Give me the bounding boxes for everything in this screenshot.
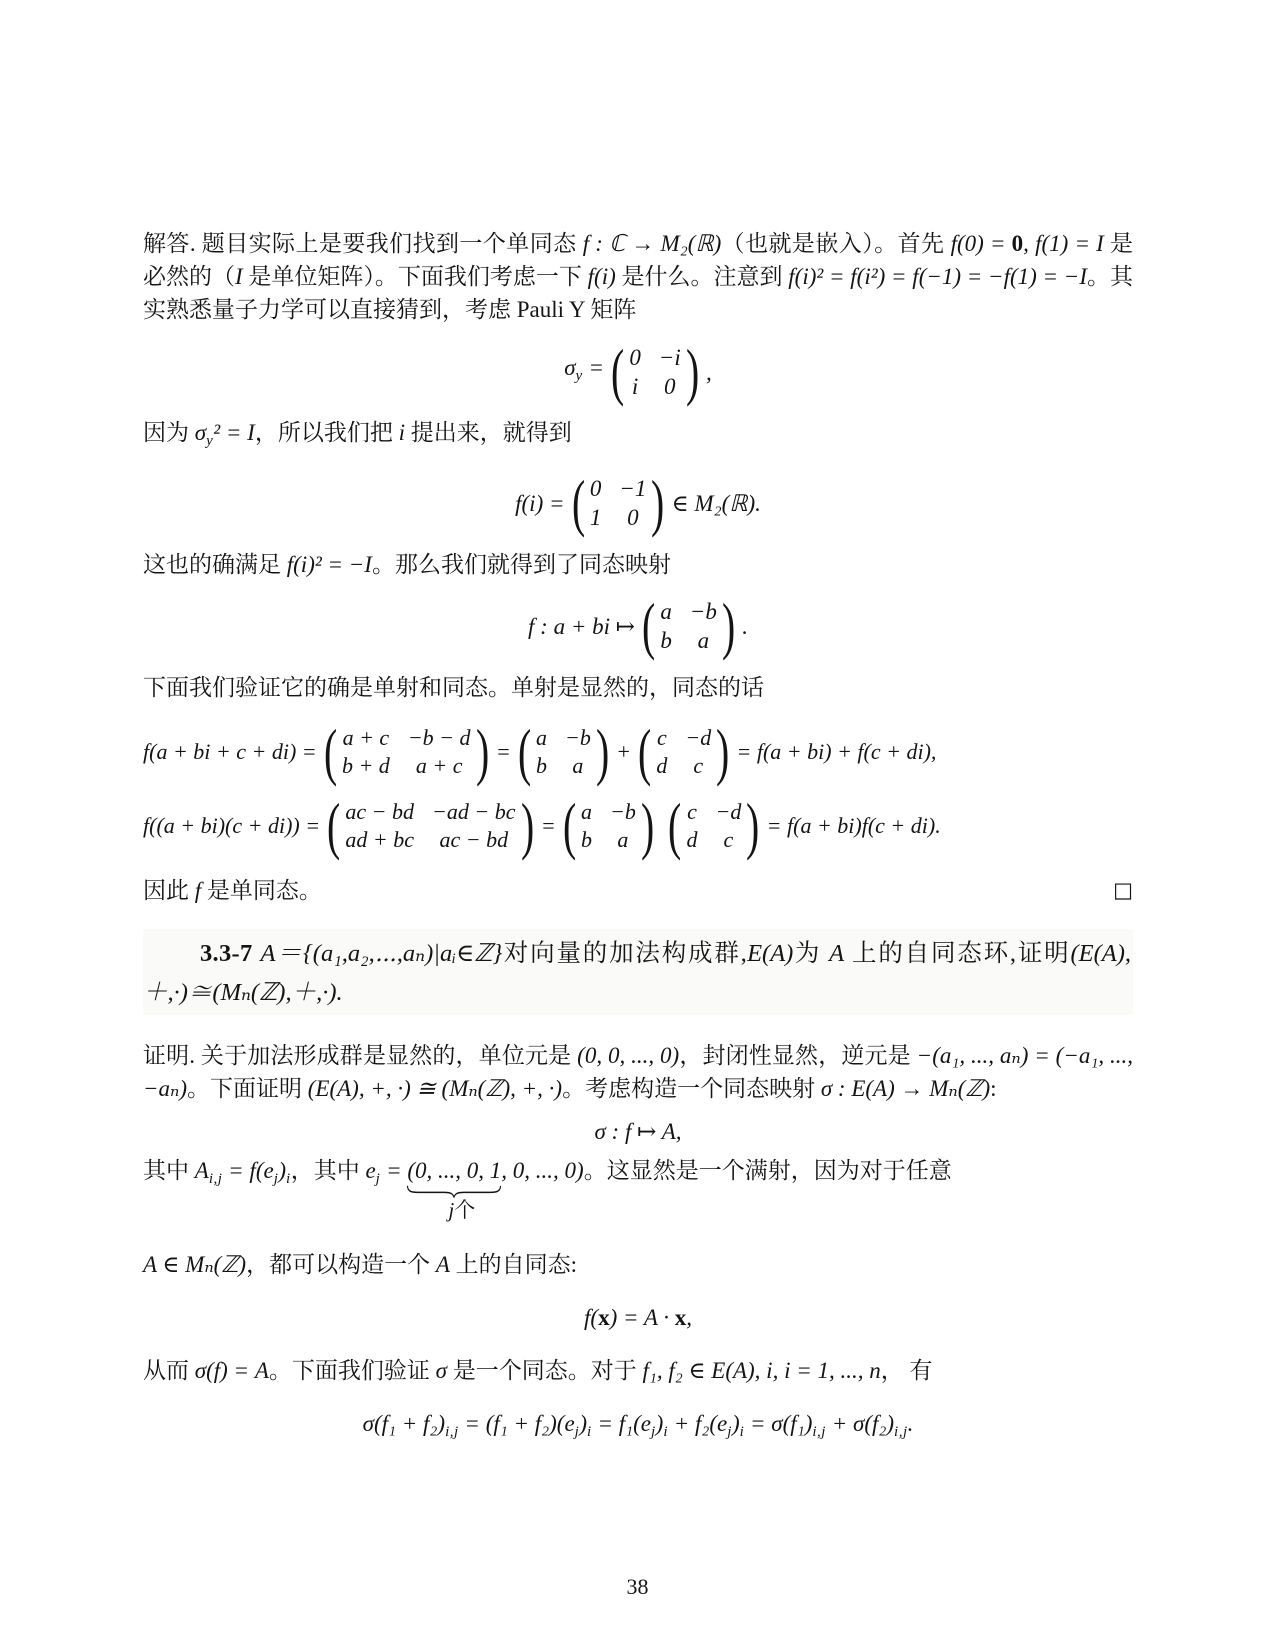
paragraph-satisfy: 这也的确满足 f(i)² = −I。那么我们就得到了同态映射 (143, 548, 1133, 581)
document-page: 解答. 题目实际上是要我们找到一个单同态 f : ℂ → M₂(ℝ)（也就是嵌入… (0, 0, 1275, 1650)
matrix-cell: a (565, 752, 591, 780)
equation-pauli-y: σy = ( 0 −i i 0 ) , (143, 342, 1133, 402)
matrix-cell: c (656, 724, 667, 752)
text-segment: = f(a + bi) + f(c + di), (737, 739, 937, 764)
text-segment: (E(A), +, ·) ≅ (Mₙ(ℤ), +, ·) (308, 1076, 562, 1101)
text-segment: i,j (812, 1424, 826, 1440)
paragraph-conclusion: 因此 f 是单同态。 □ (143, 874, 1133, 907)
matrix-cell: a (660, 597, 672, 626)
text-segment: 对向量的加法构成群, (502, 940, 747, 967)
text-segment: 3.3-7 (200, 940, 253, 967)
text-segment: ，其中 (291, 1158, 366, 1183)
text-segment: , f(1) = I (1023, 231, 1104, 256)
text-segment: f(i) = (515, 491, 564, 516)
text-segment: f(i)² = −I (287, 552, 372, 577)
right-paren: ) (521, 796, 534, 856)
matrix-cell: 0 (659, 372, 681, 401)
right-paren: ) (716, 722, 729, 782)
text-segment: A (436, 1252, 450, 1277)
matrix-f-of-i: ( 0 −1 1 0 ) (568, 473, 669, 533)
matrix-cell: b + d (342, 752, 390, 780)
text-segment: f : a + bi ↦ (528, 614, 635, 639)
text-segment: f((a + bi)(c + di)) = (143, 813, 320, 838)
underbrace-icon (406, 1185, 502, 1198)
equation-f-of-i: f(i) = ( 0 −1 1 0 ) ∈ M₂(ℝ). (143, 473, 1133, 533)
text-segment: f(i)² = f(i²) = f(−1) = −f(1) = −I (788, 264, 1087, 289)
paragraph-proof: 证明. 关于加法形成群是显然的，单位元是 (0, 0, ..., 0)，封闭性显… (143, 1039, 1133, 1105)
text-segment: 。下面证明 (187, 1076, 308, 1101)
matrix-cell: −b (690, 597, 717, 626)
right-paren: ) (746, 796, 759, 856)
text-segment: : (990, 1076, 996, 1101)
equation-tail: . (742, 610, 748, 643)
equation-sigma-additive: σ(f₁ + f₂)i,j = (f₁ + f₂)(ej)i = f₁(ej)i… (143, 1407, 1133, 1449)
matrix-cell: −d (715, 798, 741, 826)
matrix-cell: 1 (590, 503, 602, 532)
text-segment: = (541, 813, 556, 838)
text-segment: f : ℂ → M₂(ℝ) (583, 231, 722, 256)
matrix-cell: 0 (590, 474, 602, 503)
matrix-cell: c (686, 798, 697, 826)
left-paren: ( (518, 722, 531, 782)
matrix-cell: c (685, 752, 711, 780)
left-paren: ( (327, 796, 340, 856)
text-segment: 证明. 关于加法形成群是显然的，单位元是 (143, 1043, 577, 1068)
right-paren: ) (651, 473, 664, 533)
text-segment: ，封闭性显然，逆元是 (679, 1043, 917, 1068)
text-segment: + (616, 739, 631, 764)
text-segment: （也就是嵌入）。首先 (721, 231, 950, 256)
matrix-cell: i (629, 372, 641, 401)
text-segment: . (742, 614, 748, 639)
text-segment: σ : f ↦ A, (594, 1119, 681, 1144)
paragraph-verify: 下面我们验证它的确是单射和同态。单射是显然的，同态的话 (143, 671, 1133, 704)
text-segment: 上的自同态: (450, 1252, 577, 1277)
text-segment: = f(a + bi)f(c + di). (767, 813, 941, 838)
text-segment: 是一个同态。对于 (447, 1358, 643, 1383)
text-segment: , (706, 360, 712, 385)
equation-additivity: f(a + bi + c + di) = ( a + c −b − d b + … (143, 722, 1133, 782)
equation-f-x: f(x) = A · x, (143, 1301, 1133, 1334)
text-segment: 个 (454, 1198, 475, 1222)
matrix-cell: −i (659, 343, 681, 372)
text-segment: i,j (445, 1424, 459, 1440)
text-segment: ，所以我们把 (255, 420, 399, 445)
problem-statement-3-3-7: 3.3-7 A＝{(a₁,a₂,⋯,aₙ)|aᵢ∈ℤ}对向量的加法构成群,E(A… (143, 929, 1133, 1015)
matrix-cell: ad + bc (345, 826, 414, 854)
matrix-cell: a (610, 826, 636, 854)
paragraph-because: 因为 σy² = I，所以我们把 i 提出来，就得到 (143, 416, 1133, 458)
text-segment: 。考虑构造一个同态映射 (562, 1076, 821, 1101)
text-segment: ² = I (213, 420, 255, 445)
equation-align-block: f(a + bi + c + di) = ( a + c −b − d b + … (143, 722, 1133, 856)
text-segment: + σ(f₂) (826, 1411, 894, 1436)
text-segment: f( (584, 1305, 598, 1330)
text-segment: = σ(f₁) (744, 1411, 812, 1436)
matrix-cell: 0 (619, 503, 646, 532)
matrix-product: ( ac − bd −ad − bc ad + bc ac − bd ) (323, 796, 538, 856)
equation-lhs: f(i) = (515, 487, 564, 520)
left-paren: ( (668, 796, 681, 856)
text-segment: , (686, 1305, 692, 1330)
matrix-cell: −b (610, 798, 636, 826)
equation-tail: ∈ M₂(ℝ). (672, 487, 761, 520)
text-segment: 解答. 题目实际上是要我们找到一个单同态 (143, 231, 583, 256)
matrix-ab: ( a −b b a ) (514, 722, 613, 782)
matrix-ab: ( a −b b a ) (638, 596, 739, 656)
text-segment: f₁, f₂ ∈ E(A), i, i = 1, ..., n (642, 1358, 880, 1383)
paragraph-where: 其中 Ai,j = f(ej)i，其中 ej = (0, ..., 0, 1 j… (143, 1154, 1133, 1248)
equation-lhs: σy = (564, 351, 604, 393)
text-segment: e (365, 1158, 375, 1183)
equation-sigma-map: σ : f ↦ A, (143, 1115, 1133, 1148)
underbrace-text: (0, ..., 0, 1 (407, 1158, 501, 1183)
left-paren: ( (563, 796, 576, 856)
text-segment: f(a + bi + c + di) = (143, 739, 317, 764)
text-segment: 是单位矩阵）。下面我们考虑一下 (243, 264, 588, 289)
matrix-cell: b (536, 752, 547, 780)
text-segment: 因为 (143, 420, 195, 445)
left-paren: ( (572, 473, 585, 533)
text-segment: , 0, ..., 0) (501, 1158, 583, 1183)
text-segment: E(A) (747, 940, 793, 967)
matrix-cell: a (536, 724, 547, 752)
matrix-cell: d (656, 752, 667, 780)
matrix-cell: −1 (619, 474, 646, 503)
text-segment: = (583, 355, 604, 380)
text-segment: 提出来，就得到 (405, 420, 572, 445)
text-segment: A (829, 940, 844, 967)
text-segment: 。这显然是一个满射，因为对于任意 (584, 1158, 952, 1183)
text-segment: 其中 (143, 1158, 195, 1183)
left-paren: ( (638, 722, 651, 782)
qed-symbol: □ (1113, 880, 1133, 901)
text-segment: σ(f₁ + f₂) (363, 1411, 445, 1436)
right-paren: ) (641, 796, 654, 856)
text-segment: 是单同态。 (201, 878, 322, 903)
text-segment: 为 (793, 940, 829, 967)
text-segment: ) = A · (610, 1305, 675, 1330)
text-segment: 上的自同态环,证明 (844, 940, 1070, 967)
text-segment: 因此 (143, 878, 195, 903)
text-segment: σ : E(A) → Mₙ(ℤ) (821, 1076, 990, 1101)
text-segment: A＝{(a₁,a₂,⋯,aₙ)|aᵢ∈ℤ} (261, 940, 503, 967)
equation-tail: , (706, 356, 712, 389)
matrix-cell: a (581, 798, 592, 826)
equation-homomorphism-map: f : a + bi ↦ ( a −b b a ) . (143, 596, 1133, 656)
text-segment: = (496, 739, 511, 764)
text-segment: σ (564, 355, 575, 380)
text-segment: ，都可以构造一个 (246, 1252, 436, 1277)
text-segment: ， 有 (881, 1358, 933, 1383)
matrix-cell: a + c (342, 724, 390, 752)
left-paren: ( (324, 722, 337, 782)
text-segment: ∈ M₂(ℝ). (672, 491, 761, 516)
matrix-cell: −d (685, 724, 711, 752)
text-segment: = f(e (222, 1158, 273, 1183)
matrix-cell: −b − d (408, 724, 471, 752)
text-segment: x (598, 1305, 610, 1330)
matrix-cd: ( c −d d c ) (634, 722, 733, 782)
text-segment: . (908, 1411, 914, 1436)
right-paren: ) (722, 596, 735, 656)
matrix-cell: ac − bd (345, 798, 414, 826)
paragraph-any-matrix: A ∈ Mₙ(ℤ)，都可以构造一个 A 上的自同态: (143, 1248, 1133, 1281)
right-paren: ) (686, 342, 699, 402)
text-segment: 从而 (143, 1358, 195, 1383)
underbrace-label: j个 (448, 1198, 475, 1222)
text-segment: ) (732, 1411, 740, 1436)
text-segment: σ(f) = A (195, 1358, 269, 1383)
text-segment: 。那么我们就得到了同态映射 (372, 552, 671, 577)
text-segment: + f₂(e (668, 1411, 727, 1436)
matrix-cell: c (715, 826, 741, 854)
left-paren: ( (611, 342, 624, 402)
matrix-cell: a + c (408, 752, 471, 780)
matrix-ab: ( a −b b a ) (559, 796, 658, 856)
text-segment: = f₁(e (592, 1411, 651, 1436)
right-paren: ) (476, 722, 489, 782)
text-segment: x (675, 1305, 687, 1330)
matrix-cell: −ad − bc (432, 798, 515, 826)
page-number: 38 (0, 1574, 1275, 1600)
paragraph-thus: 从而 σ(f) = A。下面我们验证 σ 是一个同态。对于 f₁, f₂ ∈ E… (143, 1354, 1133, 1387)
text-segment: 0 (1012, 231, 1024, 256)
equation-lhs: f : a + bi ↦ (528, 610, 635, 643)
text-segment: σ (436, 1358, 447, 1383)
matrix-pauli-y: ( 0 −i i 0 ) (607, 342, 703, 402)
text-segment: 。下面我们验证 (269, 1358, 436, 1383)
equation-multiplicativity: f((a + bi)(c + di)) = ( ac − bd −ad − bc… (143, 796, 1133, 856)
text-segment: f(0) = (951, 231, 1012, 256)
text-segment: = (f₁ + f₂)(e (459, 1411, 575, 1436)
text-segment: 是什么。注意到 (616, 264, 789, 289)
text-segment (253, 940, 261, 967)
text-segment: A (195, 1158, 209, 1183)
matrix-sum: ( a + c −b − d b + d a + c ) (320, 722, 493, 782)
text-segment: 这也的确满足 (143, 552, 287, 577)
matrix-cell: b (660, 626, 672, 655)
matrix-cell: ac − bd (432, 826, 515, 854)
text-segment: i,j (209, 1171, 223, 1187)
right-paren: ) (596, 722, 609, 782)
text-segment: y (576, 368, 583, 384)
text-segment: I (235, 264, 243, 289)
underbrace-group: (0, ..., 0, 1 j个 (407, 1154, 501, 1187)
matrix-cell: −b (565, 724, 591, 752)
text-segment: ) (278, 1158, 286, 1183)
text-segment: i,j (894, 1424, 908, 1440)
text-segment: ) (579, 1411, 587, 1436)
matrix-cell: 0 (629, 343, 641, 372)
text-segment: (0, 0, ..., 0) (577, 1043, 679, 1068)
matrix-cell: d (686, 826, 697, 854)
text-segment: f(i) (588, 264, 616, 289)
matrix-cell: a (690, 626, 717, 655)
paragraph-solution-intro: 解答. 题目实际上是要我们找到一个单同态 f : ℂ → M₂(ℝ)（也就是嵌入… (143, 227, 1133, 326)
matrix-cd: ( c −d d c ) (664, 796, 763, 856)
text-segment: 下面我们验证它的确是单射和同态。单射是显然的，同态的话 (143, 675, 764, 700)
text-segment: A ∈ Mₙ(ℤ) (143, 1252, 246, 1277)
left-paren: ( (642, 596, 655, 656)
text-segment: σ (195, 420, 206, 445)
text-segment: = (380, 1158, 407, 1183)
matrix-cell: b (581, 826, 592, 854)
